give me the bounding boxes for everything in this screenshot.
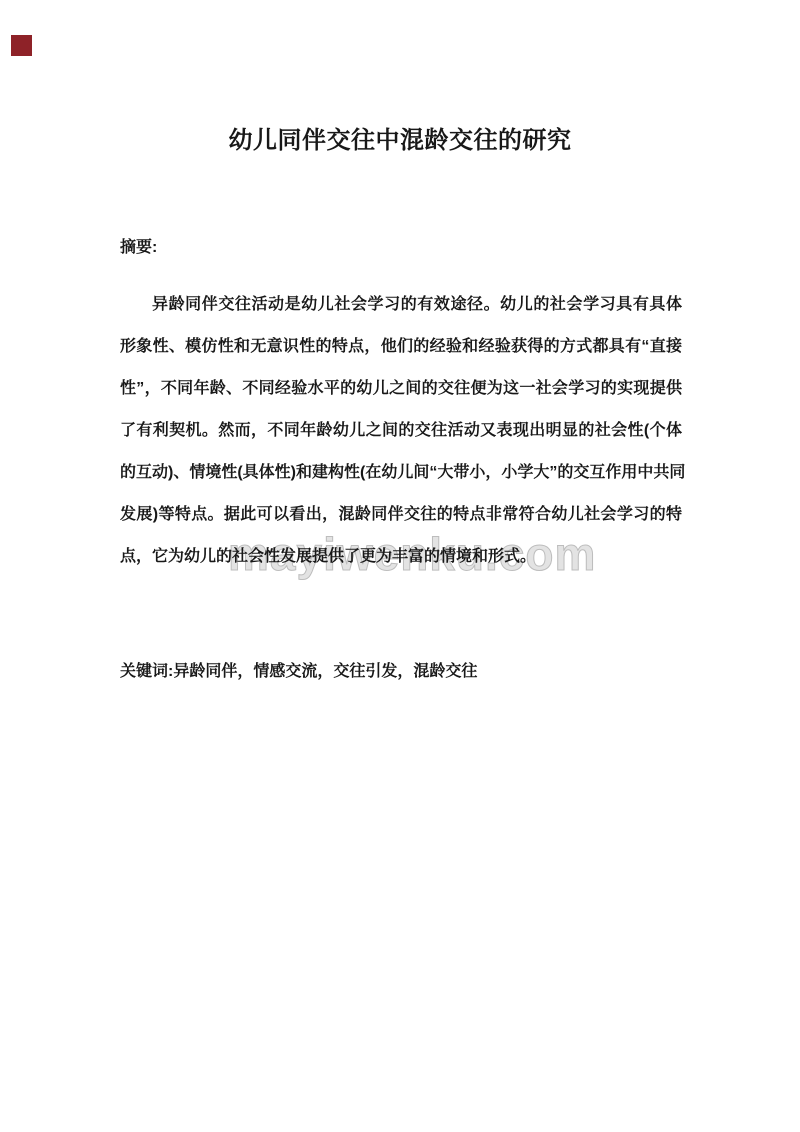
abstract-line: 的互动)、情境性(具体性)和建构性(在幼儿间“大带小，小学大”的交互作用中共同 <box>120 452 682 494</box>
document-page: 幼儿同伴交往中混龄交往的研究 摘要: mayiwenku.com 异龄同伴交往活… <box>0 0 800 1132</box>
abstract-paragraph: 异龄同伴交往活动是幼儿社会学习的有效途径。幼儿的社会学习具有具体 形象性、模仿性… <box>120 284 682 578</box>
abstract-line: 发展)等特点。据此可以看出，混龄同伴交往的特点非常符合幼儿社会学习的特 <box>120 494 682 536</box>
abstract-line: 点，它为幼儿的社会性发展提供了更为丰富的情境和形式。 <box>120 536 682 578</box>
document-title: 幼儿同伴交往中混龄交往的研究 <box>0 126 800 156</box>
abstract-line: 性”，不同年龄、不同经验水平的幼儿之间的交往便为这一社会学习的实现提供 <box>120 368 682 410</box>
abstract-line: 异龄同伴交往活动是幼儿社会学习的有效途径。幼儿的社会学习具有具体 <box>120 284 682 326</box>
corner-red-mark <box>11 35 32 56</box>
abstract-line: 了有利契机。然而，不同年龄幼儿之间的交往活动又表现出明显的社会性(个体 <box>120 410 682 452</box>
keywords-line: 关键词:异龄同伴，情感交流，交往引发，混龄交往 <box>120 662 477 682</box>
abstract-label: 摘要: <box>120 238 157 258</box>
abstract-line: 形象性、模仿性和无意识性的特点，他们的经验和经验获得的方式都具有“直接 <box>120 326 682 368</box>
